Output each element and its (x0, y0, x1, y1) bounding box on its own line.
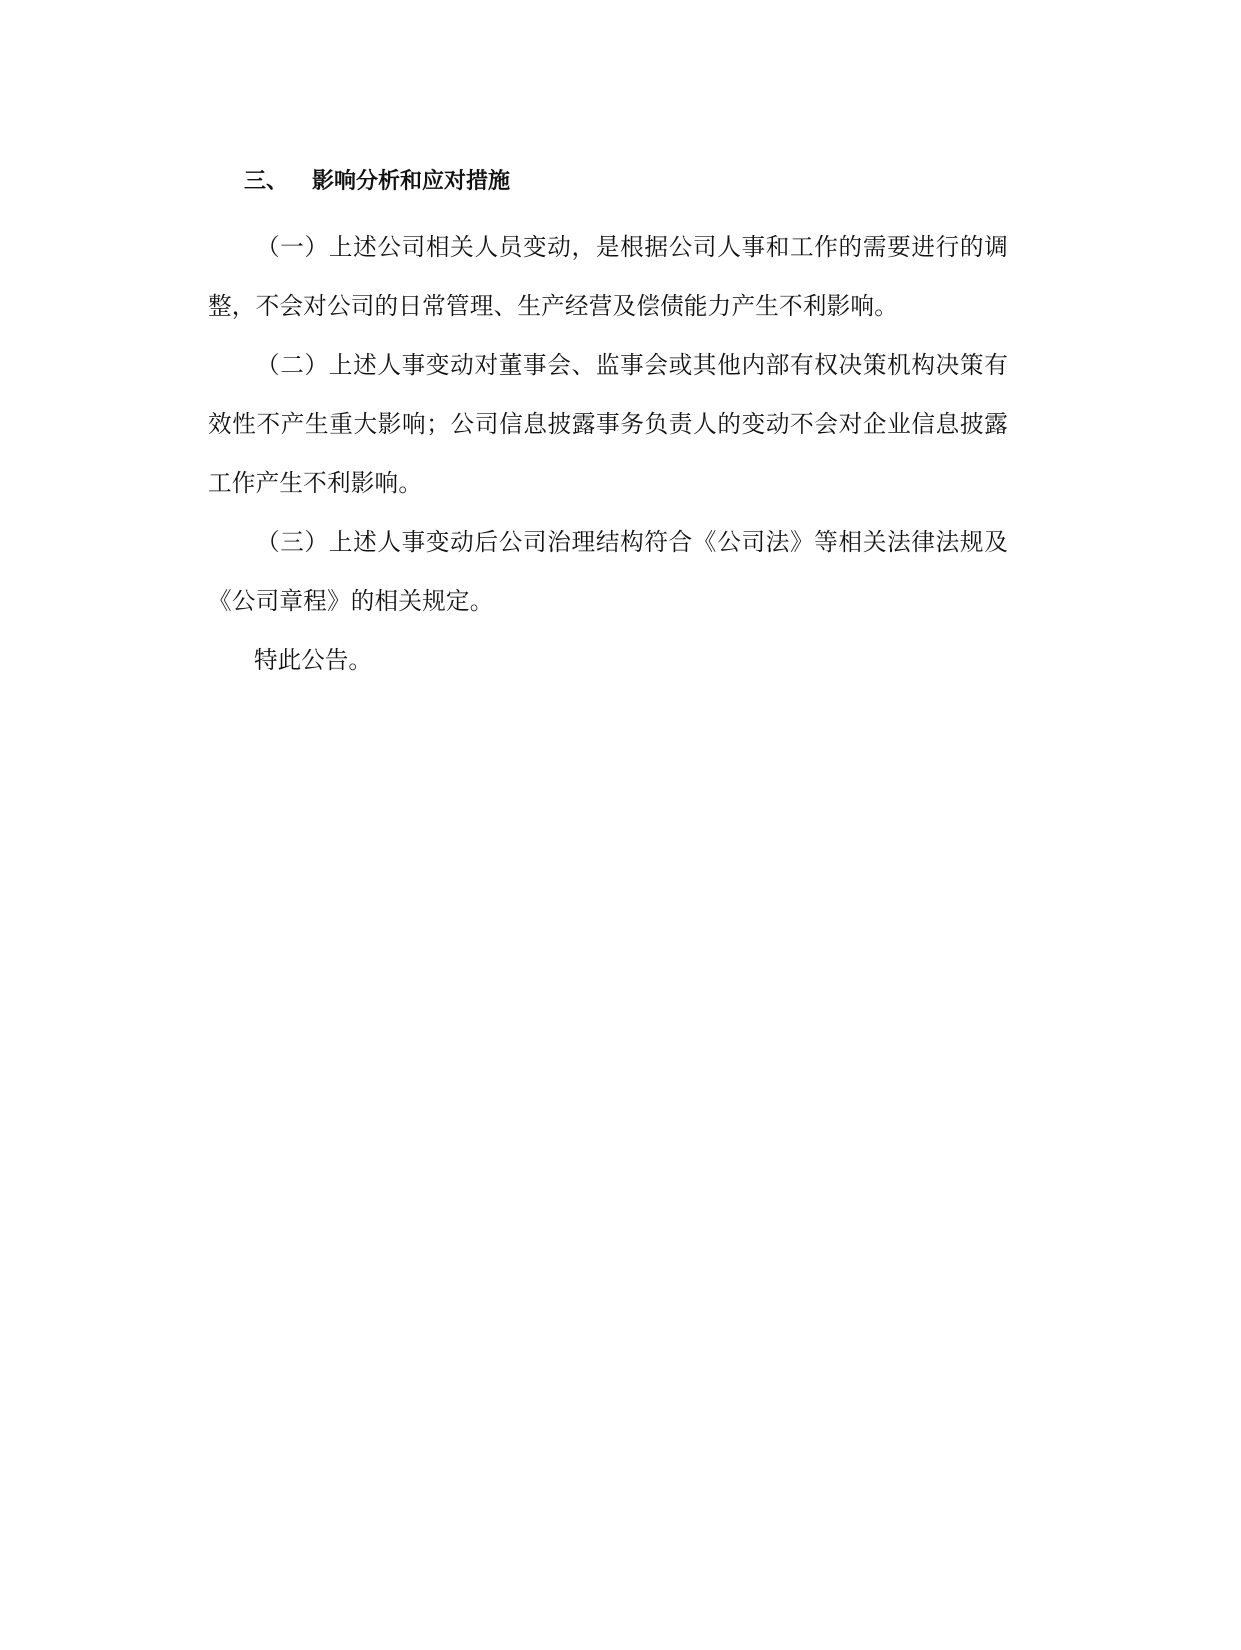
closing-statement: 特此公告。 (208, 631, 1008, 690)
paragraph-3: （三）上述人事变动后公司治理结构符合《公司法》等相关法律法规及《公司章程》的相关… (208, 513, 1008, 631)
document-page: 三、 影响分析和应对措施 （一）上述公司相关人员变动，是根据公司人事和工作的需要… (208, 160, 1008, 690)
section-number: 三、 (244, 160, 312, 204)
section-title: 影响分析和应对措施 (312, 160, 510, 204)
section-heading: 三、 影响分析和应对措施 (208, 160, 1008, 204)
paragraph-1: （一）上述公司相关人员变动，是根据公司人事和工作的需要进行的调整，不会对公司的日… (208, 218, 1008, 336)
paragraph-2: （二）上述人事变动对董事会、监事会或其他内部有权决策机构决策有效性不产生重大影响… (208, 336, 1008, 513)
